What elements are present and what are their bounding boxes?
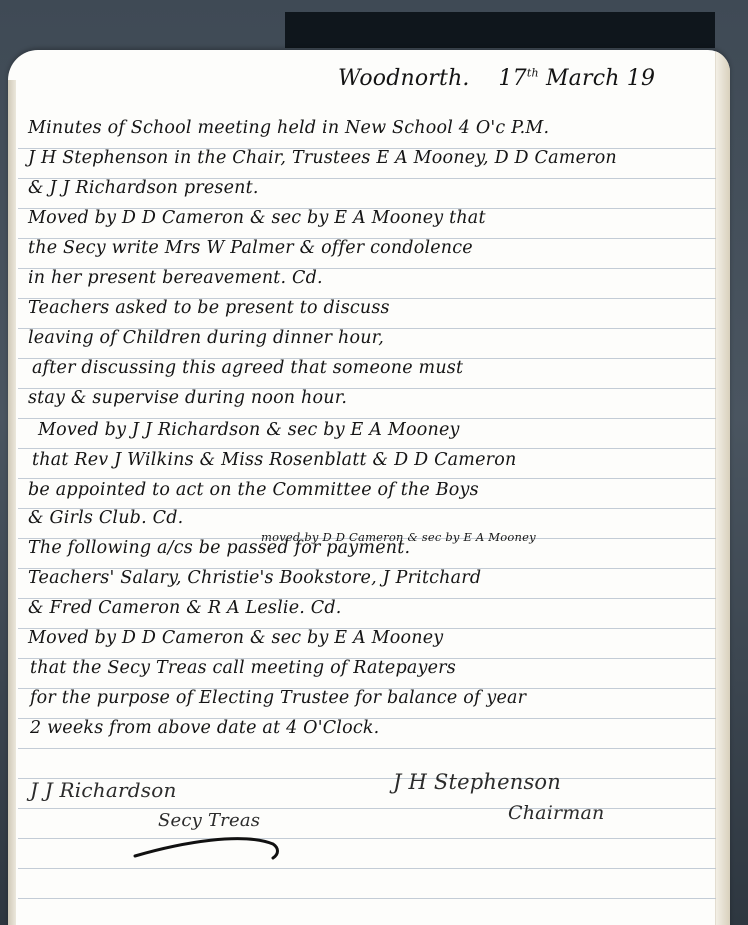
ruled-line — [18, 868, 716, 869]
ruled-line — [18, 838, 716, 839]
signature-left-name: J J Richardson — [30, 778, 177, 802]
ruled-line — [18, 898, 716, 899]
minutes-line: after discussing this agreed that someon… — [32, 358, 463, 378]
ruled-line — [18, 418, 716, 419]
heading-day-suffix: th — [527, 67, 539, 80]
signature-left-title: Secy Treas — [158, 810, 260, 831]
ruled-line — [18, 808, 716, 809]
minutes-line: Teachers' Salary, Christie's Bookstore, … — [28, 568, 481, 588]
page-edge-left — [8, 80, 16, 925]
document-heading: Woodnorth. 17th March 19 — [338, 66, 655, 91]
minutes-line: that Rev J Wilkins & Miss Rosenblatt & D… — [32, 450, 516, 470]
minutes-line: J H Stephenson in the Chair, Trustees E … — [28, 148, 617, 168]
minutes-line: be appointed to act on the Committee of … — [28, 480, 479, 500]
minutes-line: leaving of Children during dinner hour, — [28, 328, 384, 348]
minutes-line: & Fred Cameron & R A Leslie. Cd. — [28, 598, 342, 618]
minutes-line: Teachers asked to be present to discuss — [28, 298, 390, 318]
heading-month-year: March 19 — [546, 66, 655, 91]
minutes-line: Minutes of School meeting held in New Sc… — [28, 118, 549, 138]
interlinear-insert: moved by D D Cameron & sec by E A Mooney — [261, 530, 536, 544]
minutes-line: Moved by D D Cameron & sec by E A Mooney — [28, 628, 443, 648]
signature-right-name: J H Stephenson — [393, 770, 561, 794]
minutes-line: the Secy write Mrs W Palmer & offer cond… — [28, 238, 473, 258]
signature-right-title: Chairman — [508, 802, 604, 824]
ruled-line — [18, 478, 716, 479]
signature-flourish — [133, 830, 283, 860]
minutes-line: that the Secy Treas call meeting of Rate… — [30, 658, 456, 678]
minutes-line: & J J Richardson present. — [28, 178, 259, 198]
heading-day: 17 — [498, 66, 526, 91]
minutes-line: for the purpose of Electing Trustee for … — [30, 688, 526, 708]
minutes-line: Moved by J J Richardson & sec by E A Moo… — [38, 420, 460, 440]
page-edge-right — [715, 50, 730, 925]
notebook-page: Woodnorth. 17th March 19 Minutes of Scho… — [8, 50, 730, 925]
ruled-line — [18, 448, 716, 449]
minutes-line: 2 weeks from above date at 4 O'Clock. — [30, 718, 379, 738]
minutes-line: Moved by D D Cameron & sec by E A Mooney… — [28, 208, 486, 228]
scanner-background — [285, 12, 715, 48]
heading-place: Woodnorth. — [338, 66, 470, 91]
minutes-line: & Girls Club. Cd. — [28, 508, 183, 528]
minutes-line: stay & supervise during noon hour. — [28, 388, 347, 408]
minutes-line: in her present bereavement. Cd. — [28, 268, 323, 288]
ruled-line — [18, 748, 716, 749]
